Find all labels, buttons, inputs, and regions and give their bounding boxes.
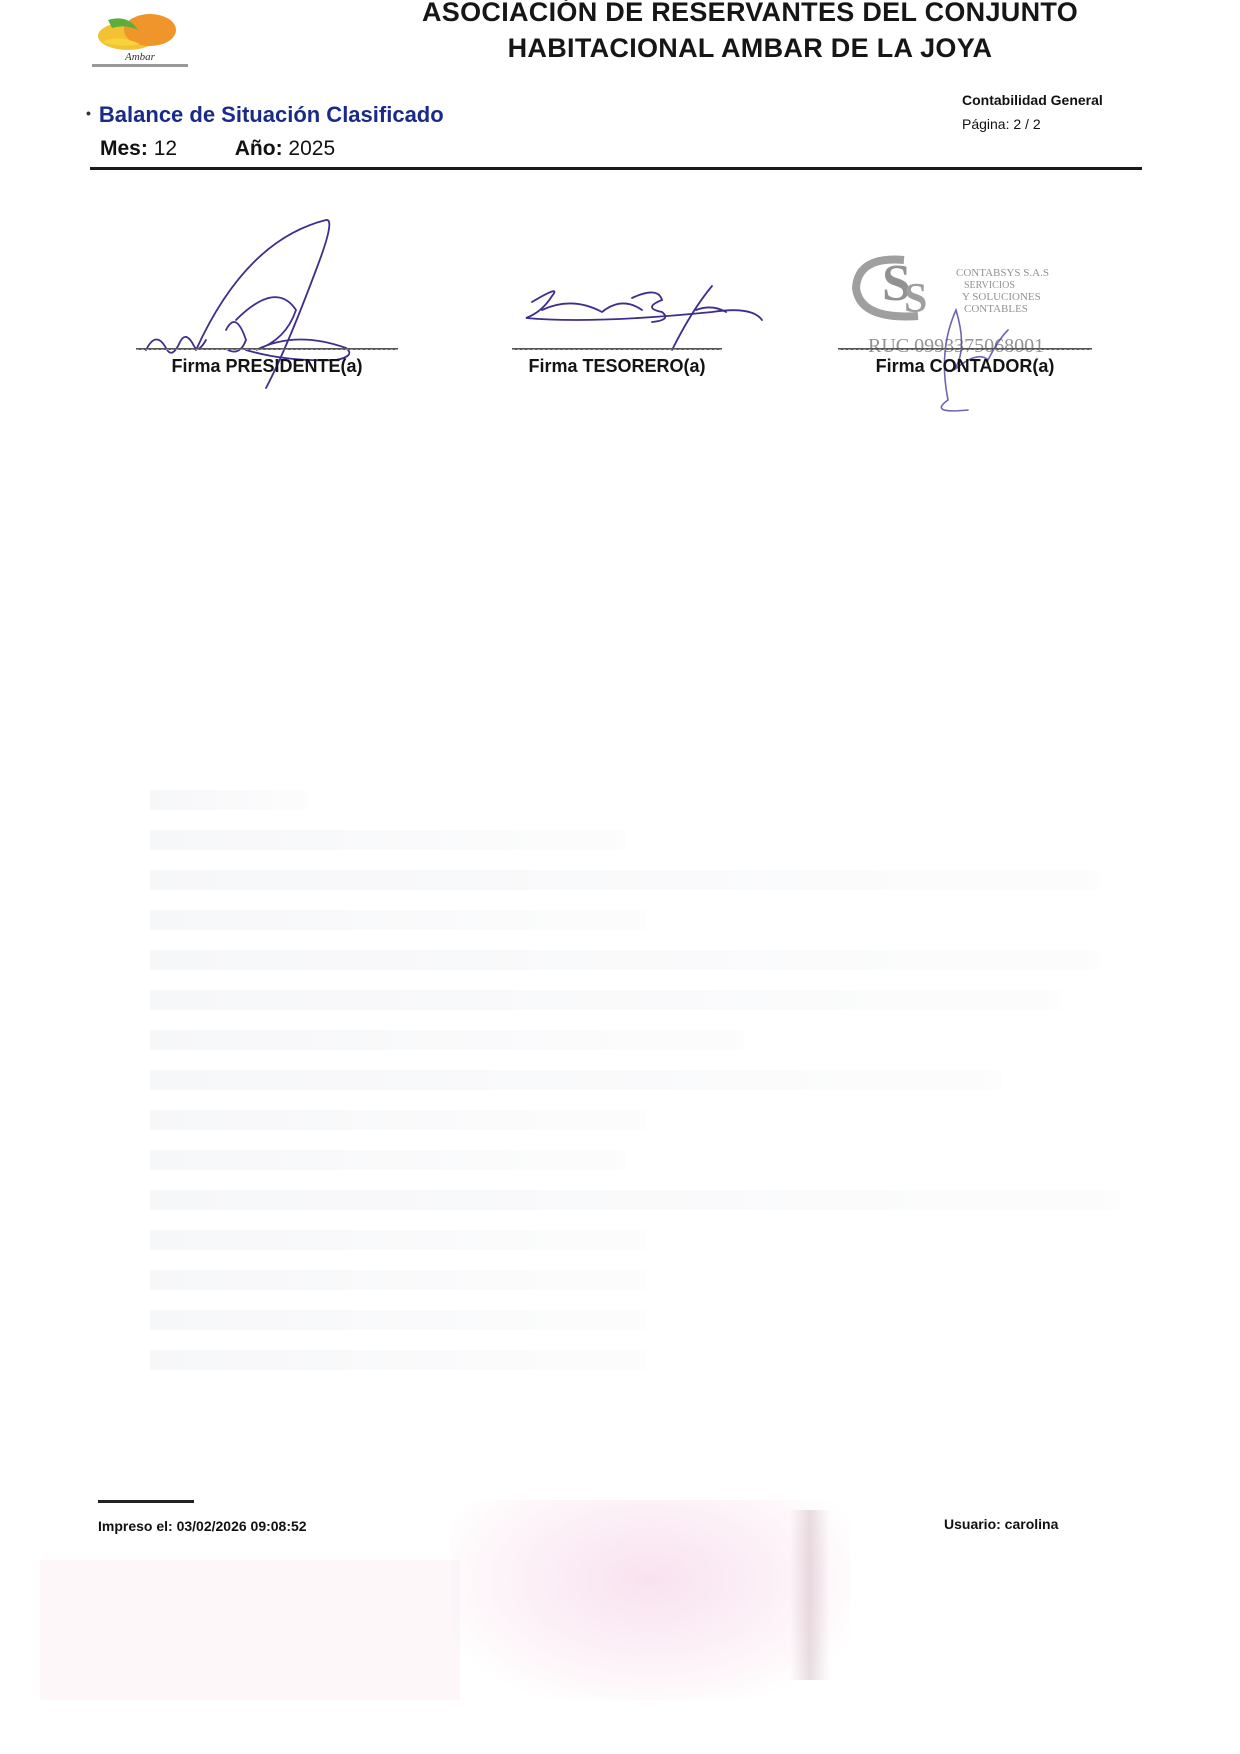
signature-line — [512, 348, 722, 350]
svg-text:RUC 0993375068001: RUC 0993375068001 — [868, 335, 1044, 357]
bullet-dot: • — [86, 105, 91, 121]
svg-text:CONTABLES: CONTABLES — [964, 303, 1028, 315]
printed-timestamp: Impreso el: 03/02/2026 09:08:52 — [98, 1518, 307, 1534]
report-title: •Balance de Situación Clasificado — [86, 102, 444, 128]
organization-title: ASOCIACIÓN DE RESERVANTES DEL CONJUNTO H… — [330, 0, 1170, 66]
signature-accountant: S S CONTABSYS S.A.S SERVICIOS Y SOLUCION… — [838, 200, 1092, 430]
header-divider — [90, 167, 1142, 170]
month-value: 12 — [154, 137, 177, 161]
module-name: Contabilidad General — [962, 92, 1103, 108]
signature-label-president: Firma PRESIDENTE(a) — [136, 356, 398, 377]
org-title-line-1: ASOCIACIÓN DE RESERVANTES DEL CONJUNTO — [330, 0, 1170, 30]
signature-treasurer: Firma TESORERO(a) — [512, 200, 722, 430]
svg-text:Y SOLUCIONES: Y SOLUCIONES — [962, 291, 1041, 303]
company-stamp-icon: S S CONTABSYS S.A.S SERVICIOS Y SOLUCION… — [838, 200, 1118, 430]
org-title-line-2: HABITACIONAL AMBAR DE LA JOYA — [330, 30, 1170, 66]
signature-label-treasurer: Firma TESORERO(a) — [512, 356, 722, 377]
report-period: Mes: 12 Año: 2025 — [100, 137, 335, 161]
year-value: 2025 — [288, 137, 335, 161]
svg-text:CONTABSYS S.A.S: CONTABSYS S.A.S — [956, 267, 1049, 279]
page-number: Página: 2 / 2 — [962, 116, 1041, 132]
bleed-through-background — [150, 790, 1140, 1430]
svg-text:Ambar: Ambar — [124, 51, 156, 63]
svg-text:S: S — [904, 276, 927, 322]
signature-label-accountant: Firma CONTADOR(a) — [838, 356, 1092, 377]
report-title-text: Balance de Situación Clasificado — [99, 102, 444, 127]
signature-president: Firma PRESIDENTE(a) — [136, 200, 398, 430]
signature-line — [136, 348, 398, 350]
footer-divider — [98, 1500, 194, 1503]
user-label: Usuario: carolina — [944, 1516, 1058, 1532]
month-label: Mes: — [100, 137, 148, 161]
year-label: Año: — [235, 137, 283, 161]
paper-tint — [40, 1560, 460, 1700]
paper-stain-edge — [790, 1510, 830, 1680]
signature-line — [838, 348, 1092, 350]
ambar-logo-icon: Ambar — [88, 8, 192, 70]
svg-text:SERVICIOS: SERVICIOS — [964, 280, 1015, 291]
